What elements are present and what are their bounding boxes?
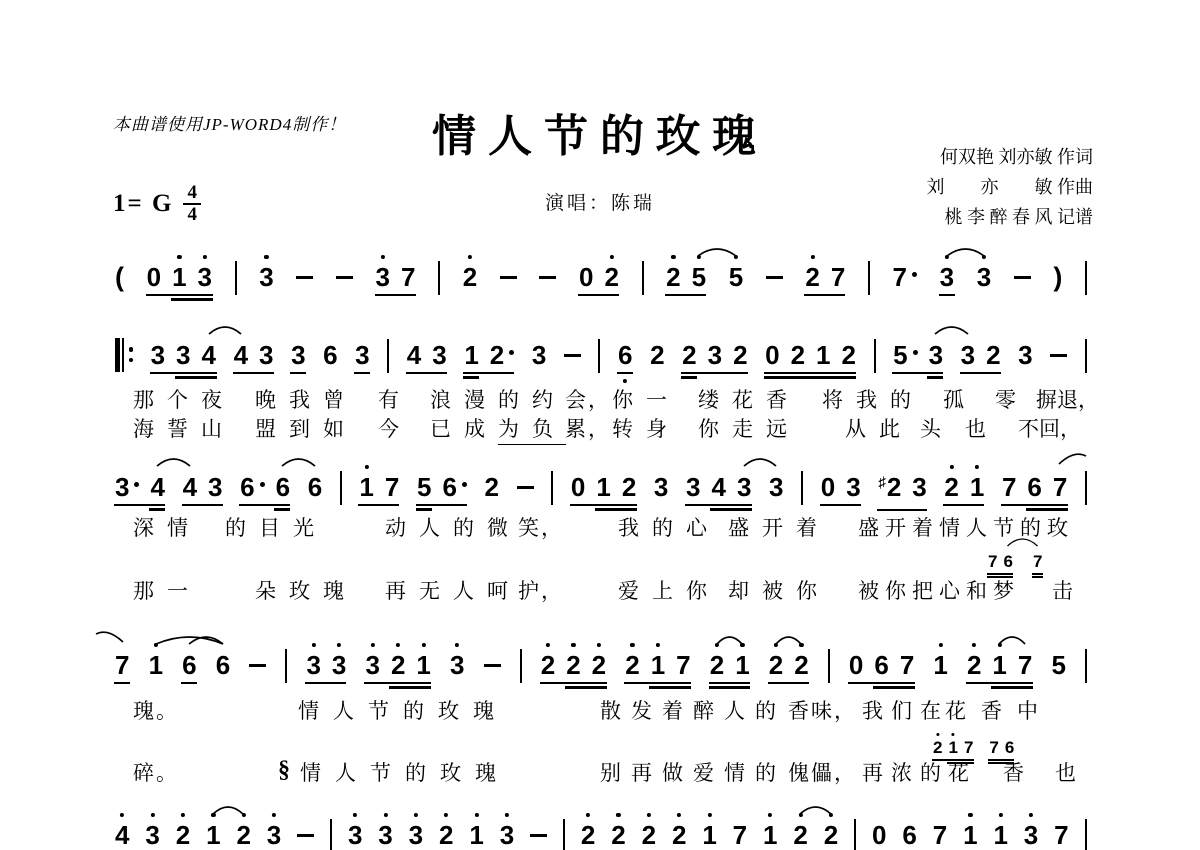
beam-line [595, 508, 637, 510]
note: 7 [733, 820, 747, 850]
note-digit: 2 [887, 472, 901, 502]
digit-wrap: 3 [259, 340, 273, 370]
octave-dot-high [616, 813, 620, 817]
lyric-segment: 已成 [430, 413, 498, 443]
digit-wrap: 6 [442, 472, 456, 502]
barline [438, 261, 440, 295]
tie-arc [156, 637, 223, 644]
barline [874, 339, 876, 373]
digit-wrap: 2 [541, 650, 555, 680]
beam-line [685, 504, 752, 506]
digit-wrap: 1 [149, 650, 163, 680]
beam-line [1026, 508, 1068, 510]
augmentation-dot [913, 350, 918, 355]
note-digit: 0 [571, 472, 585, 502]
note-digit: 3 [376, 262, 390, 292]
digit-wrap: 7 [385, 472, 399, 502]
augmentation-dot [462, 482, 467, 487]
digit-wrap: 1 [993, 820, 1007, 850]
note-digit: 7 [1053, 472, 1067, 502]
note: 7 [1053, 472, 1067, 502]
lyric-segment: 傀儡， [788, 757, 857, 787]
beam-group: 217 [625, 650, 690, 680]
note-digit: 2 [439, 820, 453, 850]
note-digit: 6 [216, 650, 230, 680]
digit-wrap: 3 [912, 472, 926, 502]
digit-wrap: 7 [1018, 650, 1032, 680]
barline-thick [115, 338, 120, 372]
digit-wrap: 3 [365, 650, 379, 680]
digit-wrap: 2 [622, 472, 636, 502]
beam-line [709, 686, 750, 688]
octave-dot-high [264, 255, 268, 259]
lyric-segment: 有 [378, 384, 412, 414]
notation-line-verse-line-4-clipped: 4321233332132222171220671137 [115, 820, 1087, 850]
note-digit: 3 [769, 472, 783, 502]
note: 3 [365, 650, 379, 680]
note-digit: 6 [902, 820, 916, 850]
tie-arc [1059, 454, 1086, 464]
note: 3 [432, 340, 446, 370]
note-digit: 3 [176, 340, 190, 370]
note-digit: 1 [596, 472, 610, 502]
digit-wrap: 2 [611, 820, 625, 850]
note: 2 [611, 820, 625, 850]
note: 7 [1002, 472, 1016, 502]
note: 3 [769, 472, 783, 502]
note-digit: 1 [735, 650, 749, 680]
lyric-segment: 护， [518, 575, 564, 605]
digit-wrap: 2 [581, 820, 595, 850]
underline-beam [114, 682, 130, 684]
barline [387, 339, 389, 373]
note: 7 [988, 552, 997, 572]
digit-wrap: 7 [831, 262, 845, 292]
beam-line [463, 376, 479, 378]
octave-dot-high [677, 813, 681, 817]
beam-group: 32 [961, 340, 1001, 370]
note: 4 [183, 472, 197, 502]
note-digit: 1 [172, 262, 186, 292]
beam-group: 12 [464, 340, 514, 370]
digit-wrap: 0 [849, 650, 863, 680]
note: 7 [1054, 820, 1068, 850]
note: 3 [977, 262, 991, 292]
octave-dot-high [383, 813, 387, 817]
note: 2 [604, 262, 618, 292]
beam-line [991, 686, 1033, 688]
digit-wrap: 3 [432, 340, 446, 370]
lyric-segment: 香味， [788, 695, 857, 725]
notation-line-verse-line-2: 3443666175620123343303♯2321767 [115, 472, 1087, 507]
note-digit: 1 [992, 650, 1006, 680]
note-digit: 2 [236, 820, 250, 850]
note: 1 [992, 650, 1006, 680]
note: 5 [417, 472, 431, 502]
digit-wrap: 3 [1018, 340, 1032, 370]
note-digit: 2 [650, 340, 664, 370]
parenthesis: ) [1053, 262, 1062, 292]
beam-line [873, 686, 915, 688]
barline [828, 649, 830, 683]
note-digit: 3 [378, 820, 392, 850]
beam-group: 067 [849, 650, 914, 680]
note: 2 [672, 820, 686, 850]
digit-wrap: 2 [986, 340, 1000, 370]
note: 3 [500, 820, 514, 850]
digit-wrap: 2 [944, 472, 958, 502]
note-digit: 2 [391, 650, 405, 680]
tie-arc [698, 249, 736, 256]
note: 2 [967, 650, 981, 680]
note-digit: 4 [711, 472, 725, 502]
digit-wrap: 5 [893, 340, 907, 370]
note-digit: 3 [737, 472, 751, 502]
beam-group: 217 [933, 738, 973, 758]
note-digit: 7 [900, 650, 914, 680]
lyric-segment: 也 [965, 413, 999, 443]
digit-wrap: 5 [1051, 650, 1065, 680]
note: 1 [172, 262, 186, 292]
octave-dot-high [768, 813, 772, 817]
lyric-segment: 缕花香 [698, 384, 800, 414]
beam-line [649, 686, 691, 688]
note: 3 [912, 472, 926, 507]
octave-dot-high [972, 643, 976, 647]
digit-wrap: 3 [291, 340, 305, 370]
note-digit: 3 [267, 820, 281, 850]
note-digit: 2 [794, 650, 808, 680]
digit-wrap: 3 [259, 262, 273, 292]
duration-dash [1014, 276, 1031, 279]
duration-dash [296, 276, 313, 279]
note-digit: 3 [961, 340, 975, 370]
note: 7 [893, 262, 917, 292]
octave-dot-high [468, 255, 472, 259]
lyric-segment: 也 [1055, 757, 1089, 787]
digit-wrap: 2 [391, 650, 405, 680]
note: 3 [686, 472, 700, 502]
note-digit: 6 [1003, 552, 1012, 571]
beam-group: 22 [769, 650, 809, 680]
barline [868, 261, 870, 295]
note-digit: 7 [115, 650, 129, 680]
note: 0 [821, 472, 835, 502]
notation-ossia-notes-1: 767 [988, 552, 1042, 572]
note: 7 [964, 738, 973, 758]
octave-dot-high [586, 813, 590, 817]
note-digit: 7 [1054, 820, 1068, 850]
lyric-segment: 击 [1052, 575, 1086, 605]
digit-wrap: 3 [708, 340, 722, 370]
note: 3 [291, 340, 305, 370]
digit-wrap: 6 [1005, 738, 1014, 758]
note-digit: 1 [963, 820, 977, 850]
note: 3 [332, 650, 346, 680]
underline-beam [290, 372, 306, 374]
digit-wrap: 2 [682, 340, 696, 370]
note: 2 [541, 650, 555, 680]
barline [340, 471, 342, 505]
note-digit: 3 [409, 820, 423, 850]
octave-dot-high [1029, 813, 1033, 817]
beam-group: 012 [571, 472, 636, 502]
note-digit: 4 [115, 820, 129, 850]
digit-wrap: 3 [769, 472, 783, 502]
note: 2 [769, 650, 783, 680]
note: 2 [793, 820, 807, 850]
note: 2 [592, 650, 606, 680]
digit-wrap: 6 [216, 650, 230, 680]
tie-slur-overlay [115, 444, 1087, 472]
digit-wrap: 2 [566, 650, 580, 680]
beam-group: 0212 [765, 340, 856, 370]
note-digit: 3 [115, 472, 129, 502]
note-digit: 3 [929, 340, 943, 370]
octave-dot-high [740, 643, 744, 647]
barline [1085, 261, 1087, 295]
note: 2 [463, 262, 477, 292]
tie-arc [282, 459, 315, 466]
duration-dash [500, 276, 517, 279]
beam-line [364, 682, 431, 684]
lyric-segment: 深情 [133, 512, 201, 542]
barline [551, 471, 553, 505]
note-digit: 3 [306, 650, 320, 680]
sharp-icon: ♯ [878, 474, 886, 491]
beam-line [804, 294, 845, 296]
note-digit: 1 [763, 820, 777, 850]
lyric-segment: 会， [565, 384, 611, 414]
note-digit: 1 [359, 472, 373, 502]
beam-line [150, 372, 217, 374]
beam-group: 321 [365, 650, 430, 680]
beam-group: 43 [407, 340, 447, 370]
lyric-segment: 从此 [845, 413, 913, 443]
note-digit: 2 [805, 262, 819, 292]
beam-group: ♯23 [878, 472, 926, 507]
digit-wrap: 2 [887, 472, 901, 502]
note-digit: 2 [791, 340, 805, 370]
octave-dot-high [444, 813, 448, 817]
digit-wrap: 5 [729, 262, 743, 292]
digit-wrap: 1 [416, 650, 430, 680]
note: ♯2 [878, 472, 901, 507]
digit-wrap: 6 [902, 820, 916, 850]
tie-arc [157, 459, 190, 466]
note-digit: 7 [831, 262, 845, 292]
note-digit: 1 [469, 820, 483, 850]
digit-wrap: 1 [816, 340, 830, 370]
octave-dot-high [697, 255, 701, 259]
note-digit: 3 [532, 340, 546, 370]
note-digit: 1 [416, 650, 430, 680]
barline [642, 261, 644, 295]
note: 1 [464, 340, 478, 370]
sheet-music-page: 本曲谱使用JP-WORD4制作！ 情人节的玫瑰 演唱：陈瑞 1= G 4 4 何… [0, 0, 1200, 850]
digit-wrap: 2 [710, 650, 724, 680]
digit-wrap: 6 [182, 650, 196, 680]
note: 2 [566, 650, 580, 680]
note-digit: 6 [874, 650, 888, 680]
barline [854, 819, 856, 850]
note: 2 [733, 340, 747, 370]
note-digit: 3 [1024, 820, 1038, 850]
notation-ossia-notes-2: 21776 [933, 738, 1014, 758]
digit-wrap: 1 [596, 472, 610, 502]
digit-wrap: 6 [1027, 472, 1041, 502]
note-digit: 4 [234, 340, 248, 370]
octave-dot-high [952, 733, 955, 736]
digit-wrap: 2 [236, 820, 250, 850]
digit-wrap: 3 [450, 650, 464, 680]
octave-dot-high [455, 643, 459, 647]
note-digit: 7 [964, 738, 973, 757]
note: 1 [359, 472, 373, 502]
note: 2 [236, 820, 250, 850]
lyric-segment: 香 [1003, 757, 1037, 787]
beam-line [182, 504, 223, 506]
beam-line [375, 294, 416, 296]
credits-block: 何双艳 刘亦敏 作词刘 亦 敏 作曲桃 李 醉 春 风 记谱 [927, 142, 1094, 232]
digit-wrap: 0 [147, 262, 161, 292]
note-digit: 2 [944, 472, 958, 502]
note-digit: 3 [654, 472, 668, 502]
lyric-segment: 却被你 [728, 575, 830, 605]
note-digit: 3 [846, 472, 860, 502]
beam-line [146, 294, 213, 296]
beam-group: 33 [306, 650, 346, 680]
digit-wrap: 2 [824, 820, 838, 850]
digit-wrap: 1 [963, 820, 977, 850]
note-digit: 3 [259, 262, 273, 292]
tie-arc [189, 637, 223, 644]
augmentation-dot [134, 482, 139, 487]
digit-wrap: 3 [532, 340, 546, 370]
octave-dot-high [422, 643, 426, 647]
octave-dot-high [154, 643, 158, 647]
digit-wrap: 4 [202, 340, 216, 370]
digit-wrap: 5 [692, 262, 706, 292]
digit-wrap: 4 [407, 340, 421, 370]
credit-line: 何双艳 刘亦敏 作词 [927, 142, 1094, 172]
note: 2 [944, 472, 958, 502]
note-digit: 1 [651, 650, 665, 680]
octave-dot-high [975, 465, 979, 469]
note-digit: 7 [1033, 552, 1042, 571]
beam-line [175, 376, 217, 378]
note-digit: 7 [988, 552, 997, 571]
note: 6 [240, 472, 264, 502]
lyric-segment: 别再做爱情的 [600, 757, 786, 787]
note: 3 [708, 340, 722, 370]
note: 3 [376, 262, 390, 292]
note: 4 [115, 820, 129, 850]
digit-wrap: 1 [702, 820, 716, 850]
note: 2 [824, 820, 838, 850]
digit-wrap: 3 [654, 472, 668, 502]
lyric-segment: 今 [378, 413, 412, 443]
beam-group: 02 [579, 262, 619, 292]
note: 6 [874, 650, 888, 680]
note: 0 [765, 340, 779, 370]
note: 2 [176, 820, 190, 850]
note-digit: 2 [611, 820, 625, 850]
note: 1 [469, 820, 483, 850]
beam-line [966, 682, 1033, 684]
octave-dot-high [998, 643, 1002, 647]
digit-wrap: 1 [651, 650, 665, 680]
digit-wrap: 3 [145, 820, 159, 850]
note: 3 [145, 820, 159, 850]
barline [1085, 339, 1087, 373]
beam-line [681, 376, 697, 378]
digit-wrap: 7 [964, 738, 973, 758]
beam-line [710, 508, 752, 510]
digit-wrap: 3 [500, 820, 514, 850]
note: 6 [276, 472, 290, 502]
note: 1 [651, 650, 665, 680]
note-digit: 2 [592, 650, 606, 680]
note-digit: 6 [1005, 738, 1014, 757]
beam-line [389, 686, 431, 688]
lyric-segment: 我们在 [862, 695, 949, 725]
tie-arc [209, 327, 241, 334]
beam-line [416, 508, 432, 510]
note-digit: 2 [463, 262, 477, 292]
duration-dash [539, 276, 556, 279]
digit-wrap: 2 [642, 820, 656, 850]
beam-group: 76 [989, 738, 1014, 758]
digit-wrap: 3 [306, 650, 320, 680]
note-digit: 6 [240, 472, 254, 502]
note-digit: 6 [618, 340, 632, 370]
note-digit: 1 [970, 472, 984, 502]
lyric-segment: 碎。 [133, 757, 179, 787]
note: 6 [1005, 738, 1014, 758]
note: 6 [323, 340, 337, 370]
barline [520, 649, 522, 683]
beam-line [665, 294, 706, 296]
note-digit: 3 [208, 472, 222, 502]
note-digit: 1 [933, 650, 947, 680]
digit-wrap: 2 [490, 340, 504, 370]
octave-dot-high [630, 643, 634, 647]
digit-wrap: 2 [592, 650, 606, 680]
beam-line [305, 682, 346, 684]
digit-wrap: 2 [650, 340, 664, 370]
note-digit: 5 [1051, 650, 1065, 680]
lyric-segment: 那个夜 [133, 384, 235, 414]
lyric-segment: 盛开着 [728, 512, 830, 542]
digit-wrap: 3 [686, 472, 700, 502]
underline-beam [617, 372, 633, 374]
credit-line: 刘 亦 敏 作曲 [927, 172, 1094, 202]
barline [1085, 819, 1087, 850]
note-digit: 2 [967, 650, 981, 680]
note-digit: 1 [149, 650, 163, 680]
octave-dot-high [475, 813, 479, 817]
octave-dot-high [950, 465, 954, 469]
digit-wrap: 4 [150, 472, 164, 502]
note-digit: 5 [692, 262, 706, 292]
note-digit: 6 [182, 650, 196, 680]
note: 7 [900, 650, 914, 680]
note: 7 [933, 820, 947, 850]
note: 1 [763, 820, 777, 850]
note: 3 [355, 340, 369, 370]
octave-dot-high [610, 255, 614, 259]
